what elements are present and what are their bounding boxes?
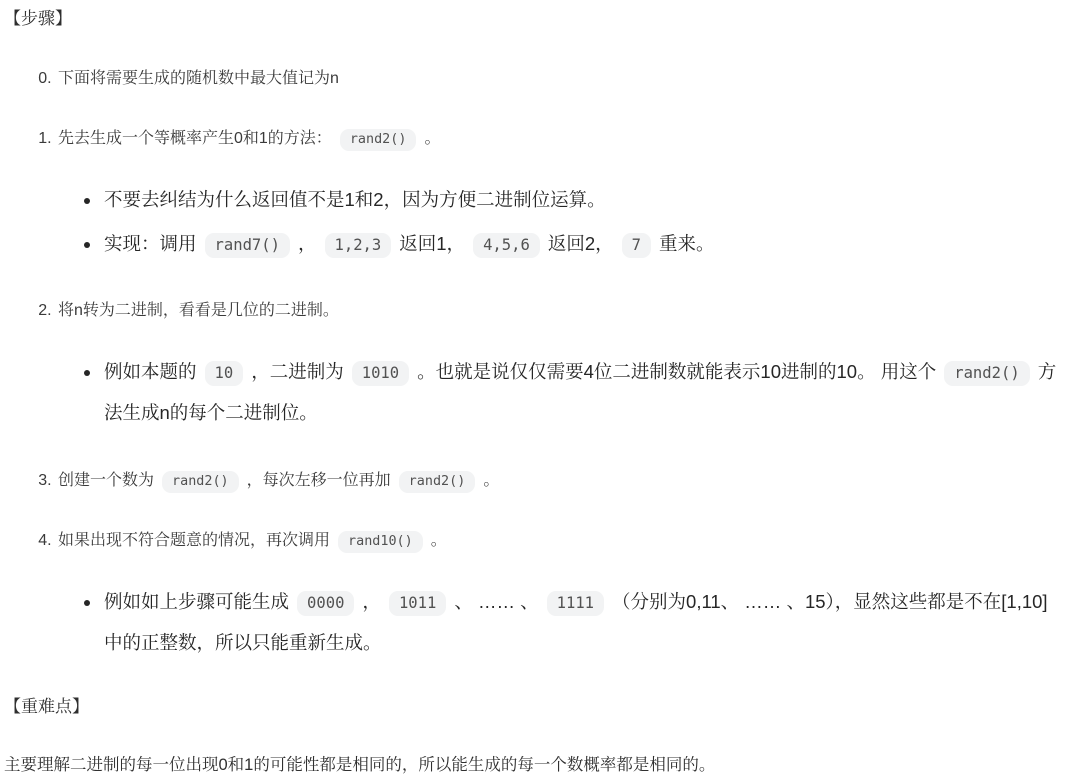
bullet-text: 、 …… 、 <box>454 591 538 612</box>
bullet-text: ， <box>362 591 381 612</box>
step-item-0: 下面将需要生成的随机数中最大值记为n <box>56 66 1064 92</box>
bullet-item: 例如如上步骤可能生成0000，1011、 …… 、1111（分别为0,11、 …… <box>102 581 1064 664</box>
summary-paragraph: 主要理解二进制的每一位出现0和1的可能性都是相同的，所以能生成的每一个数概率都是… <box>4 752 1064 778</box>
bullet-text: ， <box>298 233 317 254</box>
bullet-text: 重来。 <box>659 233 715 254</box>
inline-code-1010: 1010 <box>352 361 409 386</box>
inline-code-0000: 0000 <box>297 591 354 616</box>
section-heading-steps: 【步骤】 <box>4 8 1064 30</box>
step-item-1: 先去生成一个等概率产生0和1的方法：rand2()。 不要去纠结为什么返回值不是… <box>56 126 1064 264</box>
inline-code-rand10: rand10() <box>338 531 423 553</box>
bullet-text: 。也就是说仅仅需要4位二进制数就能表示10进制的10。 用这个 <box>417 361 936 382</box>
step-text: 。 <box>424 130 440 147</box>
bullet-item: 例如本题的10，二进制为1010。也就是说仅仅需要4位二进制数就能表示10进制的… <box>102 351 1064 434</box>
step-text: 。 <box>483 472 499 489</box>
step-text: 将n转为二进制，看看是几位的二进制。 <box>58 302 339 319</box>
inline-code-rand2: rand2() <box>944 361 1029 386</box>
step-4-subpoints: 例如如上步骤可能生成0000，1011、 …… 、1111（分别为0,11、 …… <box>58 581 1064 664</box>
inline-code-rand2: rand2() <box>162 471 239 493</box>
bullet-text: 返回1， <box>399 233 465 254</box>
step-text: 如果出现不符合题意的情况，再次调用 <box>58 532 330 549</box>
section-heading-difficulty: 【重难点】 <box>4 696 1064 718</box>
step-text: 创建一个数为 <box>58 472 154 489</box>
step-text: ，每次左移一位再加 <box>247 472 391 489</box>
bullet-text: 实现：调用 <box>104 233 197 254</box>
inline-code-1111: 1111 <box>547 591 604 616</box>
step-item-3: 创建一个数为rand2()，每次左移一位再加rand2()。 <box>56 468 1064 494</box>
bullet-text: ，二进制为 <box>251 361 344 382</box>
step-text: 下面将需要生成的随机数中最大值记为n <box>58 70 339 87</box>
document-body: 【步骤】 下面将需要生成的随机数中最大值记为n 先去生成一个等概率产生0和1的方… <box>0 0 1088 778</box>
inline-code-1011: 1011 <box>389 591 446 616</box>
inline-code-10: 10 <box>205 361 244 386</box>
inline-code-123: 1,2,3 <box>325 233 392 258</box>
bullet-text: 返回2， <box>548 233 614 254</box>
bullet-item: 实现：调用rand7()，1,2,3返回1，4,5,6返回2，7重来。 <box>102 223 1064 265</box>
bullet-text: 例如如上步骤可能生成 <box>104 591 289 612</box>
inline-code-rand2: rand2() <box>340 129 417 151</box>
inline-code-rand2: rand2() <box>399 471 476 493</box>
bullet-text: 例如本题的 <box>104 361 197 382</box>
step-1-subpoints: 不要去纠结为什么返回值不是1和2，因为方便二进制位运算。 实现：调用rand7(… <box>58 179 1064 264</box>
inline-code-456: 4,5,6 <box>473 233 540 258</box>
bullet-text: 不要去纠结为什么返回值不是1和2，因为方便二进制位运算。 <box>104 189 606 210</box>
step-item-4: 如果出现不符合题意的情况，再次调用rand10()。 例如如上步骤可能生成000… <box>56 528 1064 664</box>
step-text: 。 <box>431 532 447 549</box>
inline-code-rand7: rand7() <box>205 233 290 258</box>
step-text: 先去生成一个等概率产生0和1的方法： <box>58 130 332 147</box>
inline-code-7: 7 <box>622 233 651 258</box>
bullet-item: 不要去纠结为什么返回值不是1和2，因为方便二进制位运算。 <box>102 179 1064 221</box>
step-item-2: 将n转为二进制，看看是几位的二进制。 例如本题的10，二进制为1010。也就是说… <box>56 298 1064 434</box>
step-2-subpoints: 例如本题的10，二进制为1010。也就是说仅仅需要4位二进制数就能表示10进制的… <box>58 351 1064 434</box>
steps-ordered-list: 下面将需要生成的随机数中最大值记为n 先去生成一个等概率产生0和1的方法：ran… <box>4 66 1064 664</box>
